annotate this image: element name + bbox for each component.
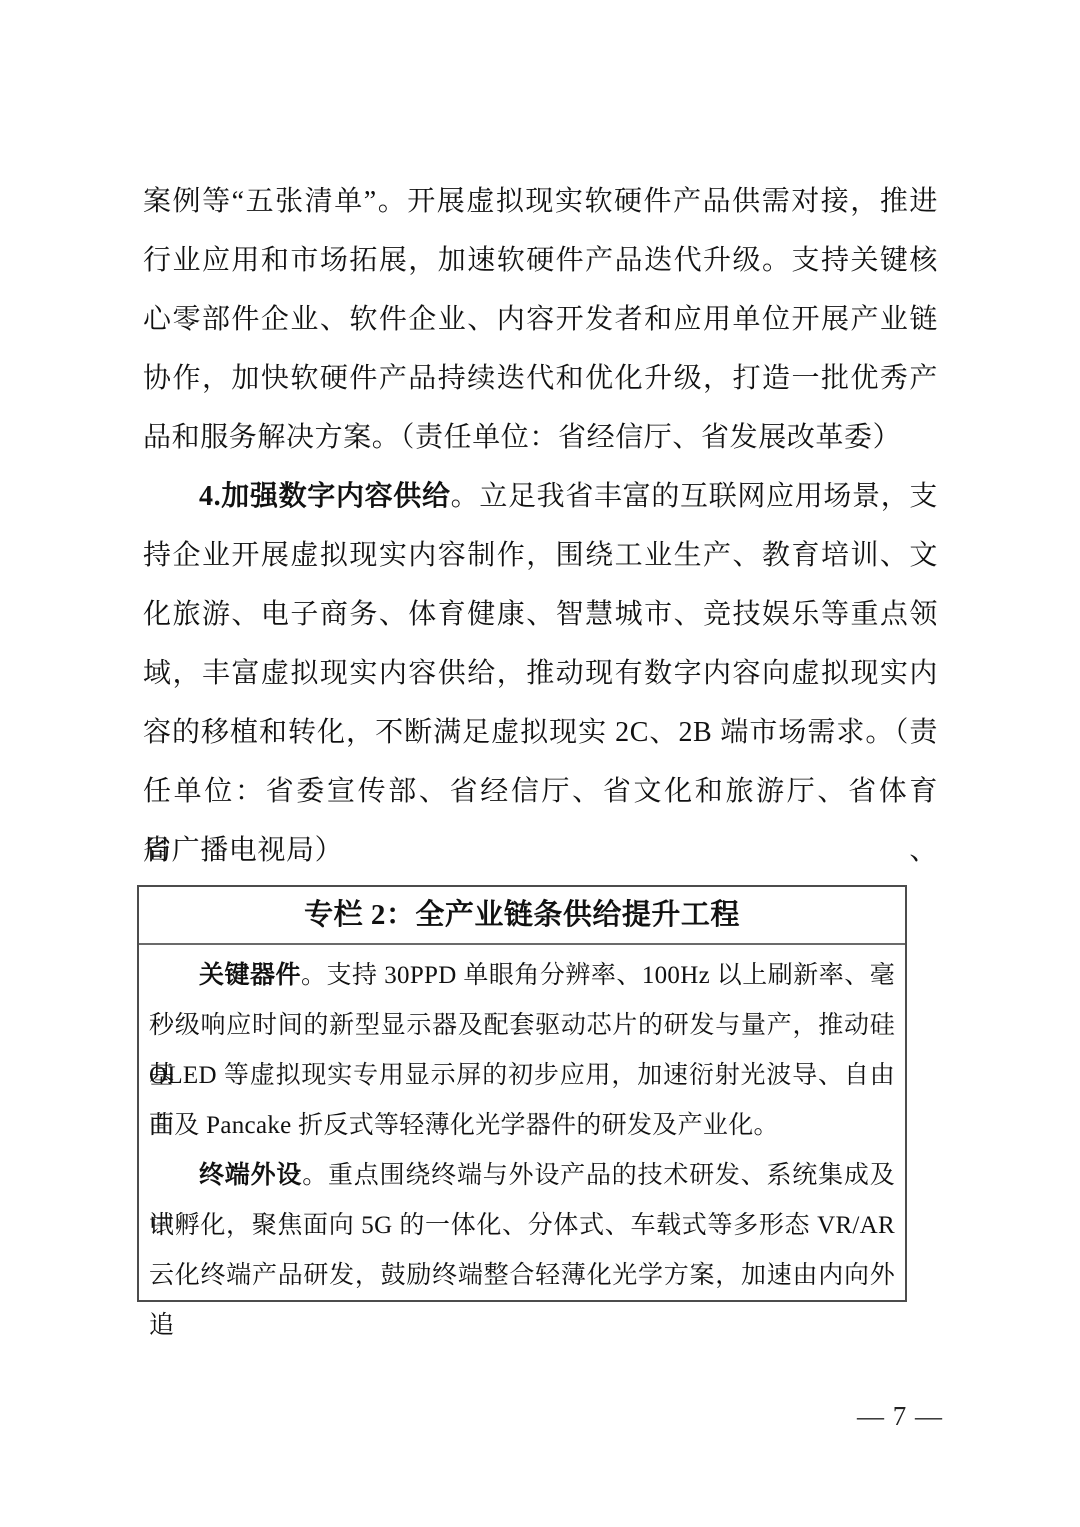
body-line: 任单位：省委宣传部、省经信厅、省文化和旅游厅、省体育局、 (143, 762, 938, 821)
panel-line: 云化终端产品研发，鼓励终端整合轻薄化光学方案，加速由内向外追 (149, 1251, 895, 1301)
body-line: 行业应用和市场拓展，加速软硬件产品迭代升级。支持关键核 (143, 231, 938, 290)
panel-line: 面及 Pancake 折反式等轻薄化光学器件的研发及产业化。 (149, 1101, 895, 1151)
body-line: 案例等“五张清单”。开展虚拟现实软硬件产品供需对接，推进 (143, 172, 938, 231)
panel-line: 秒级响应时间的新型显示器及配套驱动芯片的研发与量产，推动硅基 (149, 1001, 895, 1051)
key-components-heading: 关键器件 (199, 962, 301, 989)
panel-line-terminal-peripherals: 终端外设。重点围绕终端与外设产品的技术研发、系统集成及中 (149, 1151, 895, 1201)
panel-line: 试孵化，聚焦面向 5G 的一体化、分体式、车载式等多形态 VR/AR (149, 1201, 895, 1251)
body-line: 品和服务解决方案。（责任单位：省经信厅、省发展改革委） (143, 408, 938, 467)
document-page: 案例等“五张清单”。开展虚拟现实软硬件产品供需对接，推进 行业应用和市场拓展，加… (0, 0, 1080, 1527)
body-line: 化旅游、电子商务、体育健康、智慧城市、竞技娱乐等重点领 (143, 585, 938, 644)
body-text-block: 案例等“五张清单”。开展虚拟现实软硬件产品供需对接，推进 行业应用和市场拓展，加… (143, 172, 938, 880)
body-line: 持企业开展虚拟现实内容制作，围绕工业生产、教育培训、文 (143, 526, 938, 585)
key-components-text: 。支持 30PPD 单眼角分辨率、100Hz 以上刷新率、毫 (301, 962, 895, 989)
body-line: 协作，加快软硬件产品持续迭代和优化升级，打造一批优秀产 (143, 349, 938, 408)
page-number: — 7 — (810, 1398, 990, 1434)
body-line: 域，丰富虚拟现实内容供给，推动现有数字内容向虚拟现实内 (143, 644, 938, 703)
panel-title: 专栏 2：全产业链条供给提升工程 (139, 887, 905, 945)
special-column-panel: 专栏 2：全产业链条供给提升工程 关键器件。支持 30PPD 单眼角分辨率、10… (137, 885, 907, 1302)
panel-line-key-components: 关键器件。支持 30PPD 单眼角分辨率、100Hz 以上刷新率、毫 (149, 951, 895, 1001)
paragraph-4-text: 。立足我省丰富的互联网应用场景，支 (451, 481, 938, 512)
panel-body: 关键器件。支持 30PPD 单眼角分辨率、100Hz 以上刷新率、毫 秒级响应时… (139, 945, 905, 1301)
panel-line: OLED 等虚拟现实专用显示屏的初步应用，加速衍射光波导、自由曲 (149, 1051, 895, 1101)
body-line: 容的移植和转化，不断满足虚拟现实 2C、2B 端市场需求。（责 (143, 703, 938, 762)
body-line-paragraph-4-start: 4.加强数字内容供给。立足我省丰富的互联网应用场景，支 (143, 467, 938, 526)
body-line: 心零部件企业、软件企业、内容开发者和应用单位开展产业链 (143, 290, 938, 349)
paragraph-4-heading: 4.加强数字内容供给 (199, 481, 451, 512)
terminal-peripherals-heading: 终端外设 (199, 1162, 302, 1189)
